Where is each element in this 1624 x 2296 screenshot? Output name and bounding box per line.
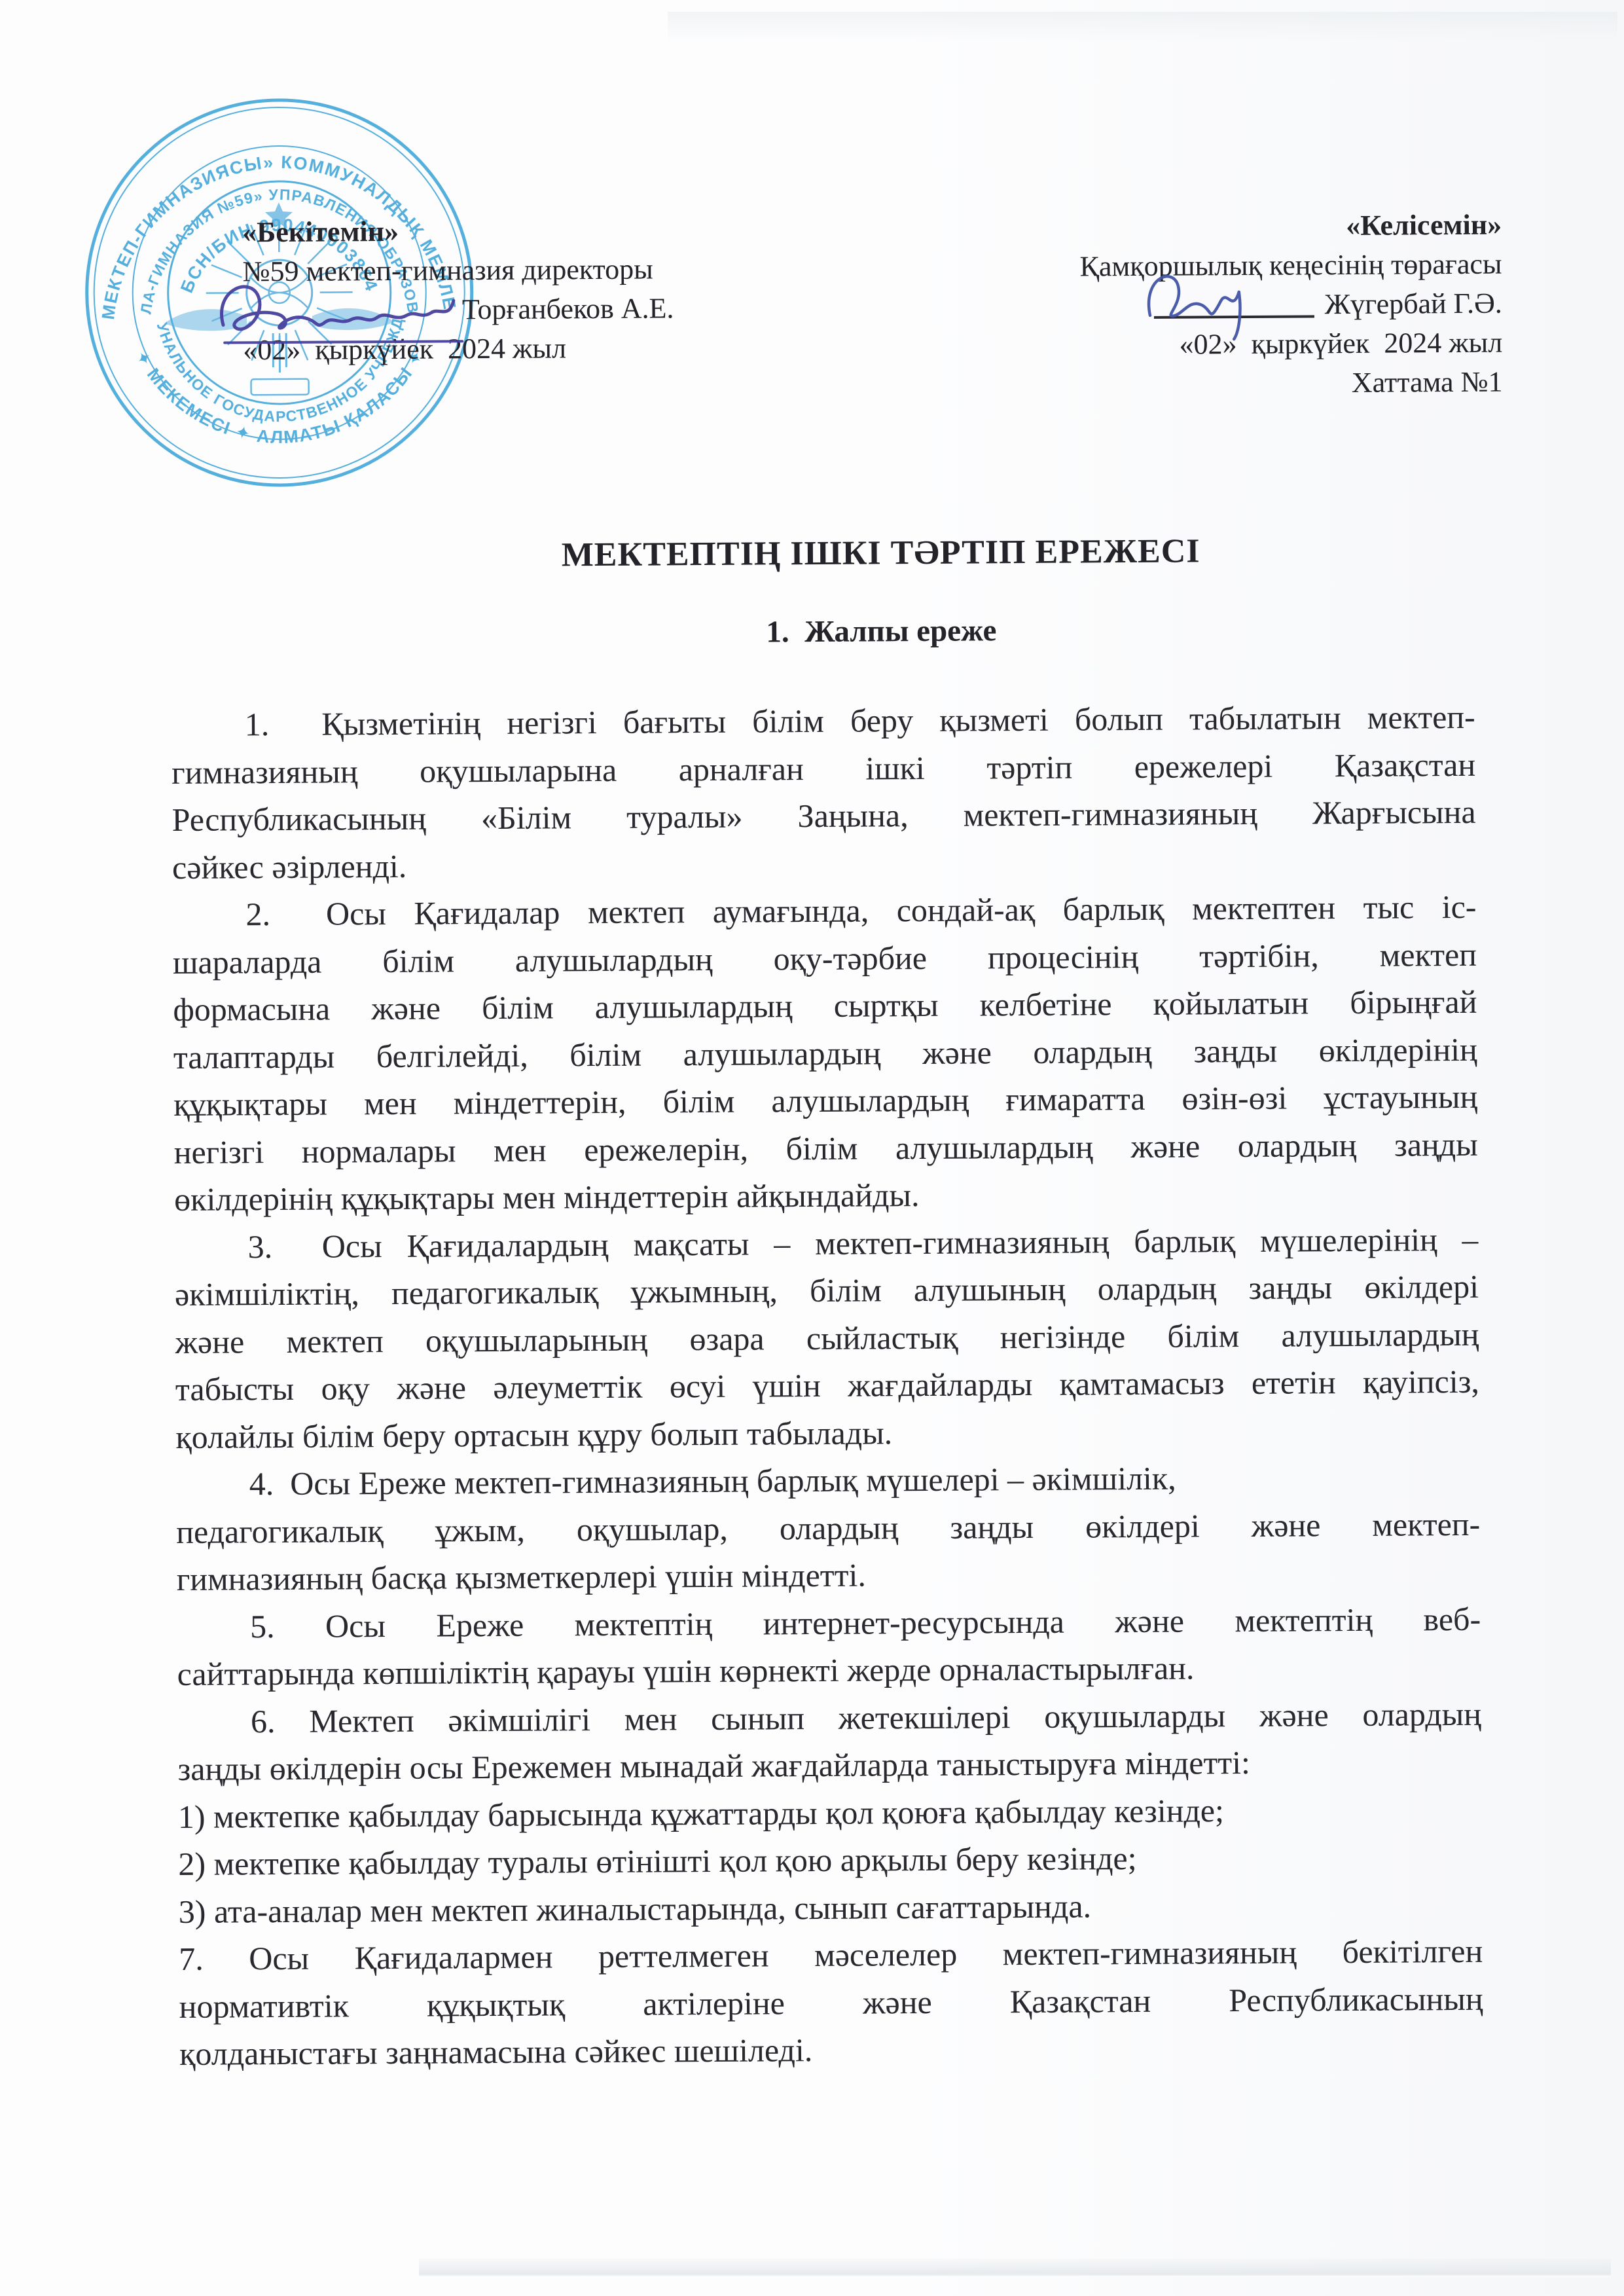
body-line: 3. Осы Қағидалардың мақсаты – мектеп-гим… <box>174 1220 1478 1275</box>
body-line: шараларда білім алушылардың оқу-тәрбие п… <box>173 935 1477 991</box>
body-line: талаптарды белгілейді, білім алушылардың… <box>173 1030 1477 1085</box>
body-line: заңды өкілдерін осы Ережемен мынадай жағ… <box>177 1742 1481 1798</box>
document-title: МЕКТЕПТІҢ ІШКІ ТӘРТІП ЕРЕЖЕСІ <box>134 529 1624 577</box>
body-line: құқықтары мен міндеттерін, білім алушыла… <box>173 1078 1477 1133</box>
body-line: гимназияның оқушыларына арналған ішкі тә… <box>171 745 1475 801</box>
numbered-list: 1) мектепке қабылдау барысында құжаттард… <box>178 1789 1483 1940</box>
paragraph-2: 2. Осы Қағидалар мектеп аумағында, сонда… <box>172 888 1478 1228</box>
body-line: педагогикалық ұжым, оқушылар, олардың за… <box>176 1504 1480 1560</box>
body-line: табысты оқу және әлеуметтік өсуі үшін жа… <box>175 1362 1479 1418</box>
paragraph-5: 5. Осы Ереже мектептің интернет-ресурсын… <box>177 1599 1481 1702</box>
chairman-signature-ink <box>1110 252 1320 352</box>
document-content: «№59 МЕКТЕП-ГИМНАЗИЯСЫ» КОММУНАЛДЫҚ МЕМЛ… <box>0 0 1624 2296</box>
body-line: және мектеп оқушыларының өзара сыйластық… <box>175 1315 1479 1370</box>
paragraph-1: 1. Қызметінің негізгі бағыты білім беру … <box>171 698 1477 896</box>
protocol-line: Хаттама №1 <box>873 363 1502 406</box>
emblem-banner-icon <box>251 379 309 395</box>
paragraph-6: 6. Мектеп әкімшілігі мен сынып жетекшіле… <box>177 1694 1482 1797</box>
paragraph-3: 3. Осы Қағидалардың мақсаты – мектеп-гим… <box>174 1220 1479 1465</box>
body-line: 1. Қызметінің негізгі бағыты білім беру … <box>171 698 1475 754</box>
body-line: 4. Осы Ереже мектеп-гимназияның барлық м… <box>176 1457 1480 1513</box>
body-line: сәйкес әзірленді. <box>172 840 1476 896</box>
body-line: Республикасының «Білім туралы» Заңына, м… <box>171 793 1475 848</box>
list-item: 3) ата-аналар мен мектеп жиналыстарында,… <box>179 1884 1483 1940</box>
body-line: гимназияның басқа қызметкерлері үшін мін… <box>177 1552 1481 1608</box>
approve-signer-name: Торғанбеков А.Е. <box>462 292 674 325</box>
body-line: формасына және білім алушылардың сыртқы … <box>173 983 1477 1038</box>
paragraph-7: 7. Осы Қағидалармен реттелмеген мәселеле… <box>179 1932 1483 2083</box>
body-line: 6. Мектеп әкімшілігі мен сынып жетекшіле… <box>177 1694 1481 1750</box>
body-line: нормативтік құқықтық актілеріне және Қаз… <box>179 1979 1483 2035</box>
list-item: 2) мектепке қабылдау туралы өтінішті қол… <box>178 1837 1482 1893</box>
body-line: 7. Осы Қағидалармен реттелмеген мәселеле… <box>179 1932 1483 1988</box>
body-line: қолданыстағы заңнамасына сәйкес шешіледі… <box>179 2027 1483 2083</box>
body-line: 5. Осы Ереже мектептің интернет-ресурсын… <box>177 1599 1481 1655</box>
section-heading: 1. Жалпы ереже <box>135 609 1624 653</box>
agree-signer-name: Жүгербай Г.Ә. <box>1325 287 1502 321</box>
body-line: әкімшіліктің, педагогикалық ұжымның, біл… <box>175 1267 1479 1323</box>
document-body: 1. Қызметінің негізгі бағыты білім беру … <box>171 698 1484 2083</box>
paragraph-4: 4. Осы Ереже мектеп-гимназияның барлық м… <box>176 1457 1481 1608</box>
body-line: өкілдерінің құқықтары мен міндеттерін ай… <box>174 1173 1478 1228</box>
body-line: қолайлы білім беру ортасын құру болып та… <box>175 1410 1479 1465</box>
agree-label: «Келісемін» <box>872 206 1502 249</box>
body-line: сайттарында көпшіліктің қарауы үшін көрн… <box>177 1647 1481 1703</box>
director-signature-ink <box>190 261 492 368</box>
scanned-document-page: «№59 МЕКТЕП-ГИМНАЗИЯСЫ» КОММУНАЛДЫҚ МЕМЛ… <box>0 0 1624 2296</box>
body-line: негізгі нормалары мен ережелерін, білім … <box>174 1125 1478 1180</box>
list-item: 1) мектепке қабылдау барысында құжаттард… <box>178 1789 1482 1845</box>
approve-label: «Бекітемін» <box>242 209 884 252</box>
body-line: 2. Осы Қағидалар мектеп аумағында, сонда… <box>172 888 1476 943</box>
